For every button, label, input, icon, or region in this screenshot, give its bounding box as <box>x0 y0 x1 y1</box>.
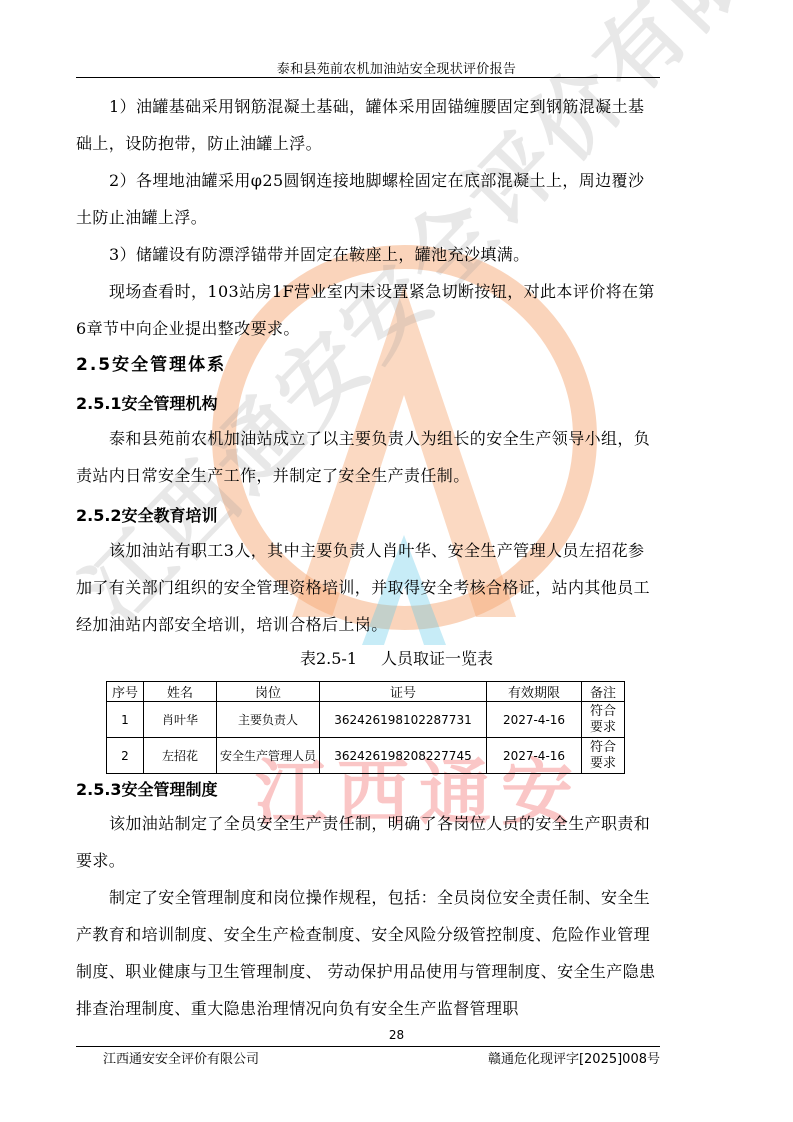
header-rule <box>76 77 660 78</box>
footer-doc-number: 赣通危化现评字[2025]008号 <box>488 1048 660 1067</box>
col-header-index: 序号 <box>107 682 144 702</box>
col-header-validity: 有效期限 <box>487 682 582 702</box>
table-caption-number: 表2.5-1 <box>300 649 357 668</box>
table-row: 2 左招花 安全生产管理人员 362426198208227745 2027-4… <box>107 738 625 774</box>
col-header-position: 岗位 <box>217 682 320 702</box>
paragraph-2-5-3-systems: 制定了安全管理制度和岗位操作规程，包括：全员岗位安全责任制、安全生产教育和培训制… <box>76 879 660 1027</box>
page-number: 28 <box>0 1028 793 1042</box>
cell-name: 左招花 <box>144 738 217 774</box>
paragraph-tank-foundation: 1）油罐基础采用钢筋混凝土基础，罐体采用固锚缠腰固定到钢筋混凝土基础上，设防抱带… <box>76 88 660 162</box>
paragraph-tank-bolts: 2）各埋地油罐采用φ25圆钢连接地脚螺栓固定在底部混凝土上，周边覆沙土防止油罐上… <box>76 162 660 236</box>
table-caption: 表2.5-1人员取证一览表 <box>0 646 793 669</box>
section-heading-2-5-3: 2.5.3安全管理制度 <box>76 777 218 800</box>
col-header-note: 备注 <box>582 682 625 702</box>
cell-note: 符合要求 <box>582 702 625 738</box>
table-caption-title: 人员取证一览表 <box>381 649 493 668</box>
paragraph-tank-anchor: 3）储罐设有防漂浮锚带并固定在鞍座上，罐池充沙填满。 <box>76 236 660 273</box>
certification-table: 序号 姓名 岗位 证号 有效期限 备注 1 肖叶华 主要负责人 36242619… <box>106 681 625 774</box>
cell-validity: 2027-4-16 <box>487 738 582 774</box>
cell-cert-no: 362426198102287731 <box>320 702 487 738</box>
col-header-name: 姓名 <box>144 682 217 702</box>
cell-note: 符合要求 <box>582 738 625 774</box>
section-heading-2-5-1: 2.5.1安全管理机构 <box>76 391 218 414</box>
cell-index: 2 <box>107 738 144 774</box>
running-header-title: 泰和县苑前农机加油站安全现状评价报告 <box>0 58 793 77</box>
paragraph-2-5-2: 该加油站有职工3人，其中主要负责人肖叶华、安全生产管理人员左招花参加了有关部门组… <box>76 532 660 643</box>
document-page: 江西通安安全评价有限公司 江西通安 泰和县苑前农机加油站安全现状评价报告 1）油… <box>0 0 793 1122</box>
cell-index: 1 <box>107 702 144 738</box>
cell-position: 主要负责人 <box>217 702 320 738</box>
table-header-row: 序号 姓名 岗位 证号 有效期限 备注 <box>107 682 625 702</box>
paragraph-2-5-3-responsibility: 该加油站制定了全员安全生产责任制，明确了各岗位人员的安全生产职责和要求。 <box>76 805 660 879</box>
cell-name: 肖叶华 <box>144 702 217 738</box>
cell-cert-no: 362426198208227745 <box>320 738 487 774</box>
section-heading-2-5: 2.5安全管理体系 <box>76 350 226 375</box>
paragraph-2-5-1: 泰和县苑前农机加油站成立了以主要负责人为组长的安全生产领导小组，负责站内日常安全… <box>76 420 660 494</box>
footer-rule <box>76 1046 660 1047</box>
section-heading-2-5-2: 2.5.2安全教育培训 <box>76 503 218 526</box>
footer-company: 江西通安安全评价有限公司 <box>103 1048 259 1067</box>
col-header-cert-no: 证号 <box>320 682 487 702</box>
cell-position: 安全生产管理人员 <box>217 738 320 774</box>
table-row: 1 肖叶华 主要负责人 362426198102287731 2027-4-16… <box>107 702 625 738</box>
paragraph-site-inspection: 现场查看时，103站房1F营业室内未设置紧急切断按钮，对此本评价将在第6章节中向… <box>76 273 660 347</box>
cell-validity: 2027-4-16 <box>487 702 582 738</box>
